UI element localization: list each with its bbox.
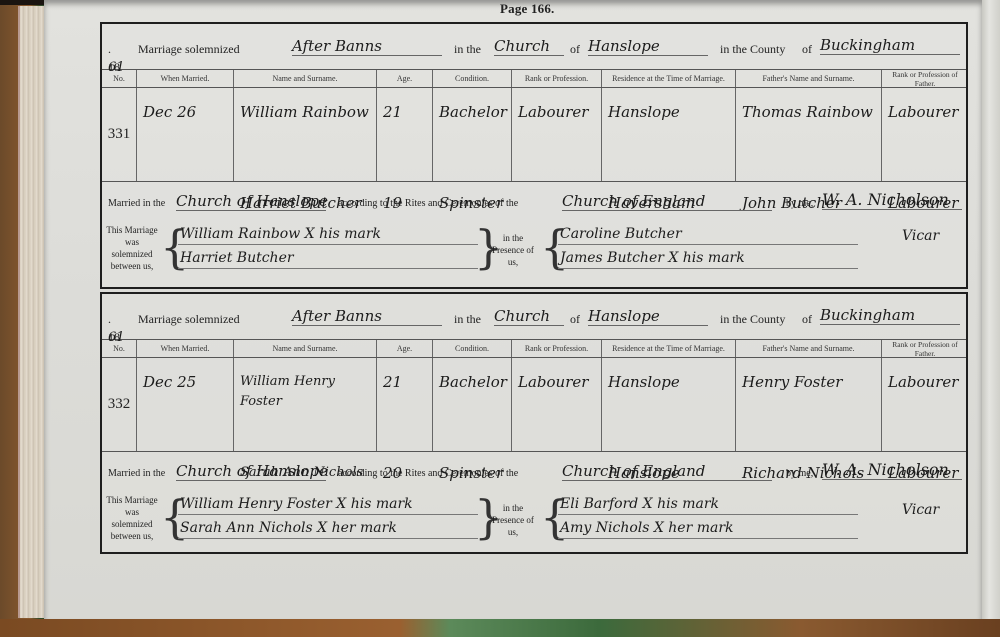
witness-signature-1: Caroline Butcher <box>560 226 682 242</box>
father-ranks: LabourerLabourer <box>882 358 968 451</box>
marriage-entry-331: 1861. Marriage solemnized After Banns in… <box>100 22 968 289</box>
father-ranks: LabourerLabourer <box>882 88 968 181</box>
married-in-line: Married in the Church of Hanslope accord… <box>102 458 966 488</box>
party-signature-1: William Henry Foster X his mark <box>180 496 413 512</box>
married-in: Church of Hanslope <box>176 462 326 481</box>
conditions: BachelorSpinster <box>433 88 512 181</box>
entry-row: 331 Dec 26 William RainbowHarriet Butche… <box>102 88 966 182</box>
married-in: Church of Hanslope <box>176 192 326 211</box>
when-married: Dec 25 <box>137 358 234 451</box>
marriage-entry-332: 1861. Marriage solemnized After Banns in… <box>100 292 968 554</box>
table-surface <box>0 619 1000 637</box>
year-label: 1861. <box>108 42 111 57</box>
officiant-title: Vicar <box>902 502 939 518</box>
residences: HanslopeHaversham <box>602 88 736 181</box>
ages: 2120 <box>377 358 433 451</box>
year-label: 1861. <box>108 312 111 327</box>
column-headers: No. When Married. Name and Surname. Age.… <box>102 70 966 88</box>
officiant-title: Vicar <box>902 228 939 244</box>
sig-line <box>558 268 858 269</box>
parish: Hanslope <box>588 307 708 326</box>
rites-of: Church of England <box>562 192 772 211</box>
entry-row: 332 Dec 25 William Henry FosterSarah Ann… <box>102 358 966 452</box>
sig-line <box>178 244 478 245</box>
sig-line <box>178 514 478 515</box>
ranks: Labourer <box>512 358 602 451</box>
conditions: BachelorSpinster <box>433 358 512 451</box>
fathers: Henry FosterRichard Nichols <box>736 358 882 451</box>
party-signature-2: Sarah Ann Nichols X her mark <box>180 520 397 536</box>
solemnized-by: After Banns <box>292 37 442 56</box>
solemnized-by: After Banns <box>292 307 442 326</box>
married-in-line: Married in the Church of Hanslope accord… <box>102 188 966 218</box>
place-type: Church <box>494 307 564 326</box>
officiant: W. A. Nicholson <box>822 190 962 210</box>
sig-line <box>178 268 478 269</box>
party-signature-2: Harriet Butcher <box>180 250 294 266</box>
column-headers: No. When Married. Name and Surname. Age.… <box>102 340 966 358</box>
signatures-block: This Marriage was solemnized between us,… <box>102 490 966 552</box>
county: Buckingham <box>820 306 960 325</box>
county: Buckingham <box>820 36 960 55</box>
parish: Hanslope <box>588 37 708 56</box>
place-type: Church <box>494 37 564 56</box>
witness-signature-2: Amy Nichols X her mark <box>560 520 734 536</box>
sig-line <box>558 514 858 515</box>
sig-line <box>178 538 478 539</box>
solemnized-label: Marriage solemnized <box>138 42 240 57</box>
facing-page-edge <box>982 0 1000 620</box>
names: William Henry FosterSarah Ann Nichols <box>234 358 377 451</box>
fathers: Thomas RainbowJohn Butcher <box>736 88 882 181</box>
page-number: Page 166. <box>500 1 555 17</box>
when-married: Dec 26 <box>137 88 234 181</box>
officiant: W. A. Nicholson <box>822 460 962 480</box>
ranks: Labourer <box>512 88 602 181</box>
entry-header: 1861. Marriage solemnized After Banns in… <box>102 24 966 70</box>
residences: HanslopeHanslope <box>602 358 736 451</box>
witness-signature-1: Eli Barford X his mark <box>560 496 719 512</box>
rites-of: Church of England <box>562 462 772 481</box>
party-signature-1: William Rainbow X his mark <box>180 226 381 242</box>
sig-line <box>558 244 858 245</box>
solemnized-label: Marriage solemnized <box>138 312 240 327</box>
entry-number: 332 <box>102 358 137 451</box>
names: William RainbowHarriet Butcher <box>234 88 377 181</box>
entry-number: 331 <box>102 88 137 181</box>
entry-header: 1861. Marriage solemnized After Banns in… <box>102 294 966 340</box>
sig-line <box>558 538 858 539</box>
signatures-block: This Marriage was solemnized between us,… <box>102 220 966 282</box>
witness-signature-2: James Butcher X his mark <box>560 250 745 266</box>
ages: 2119 <box>377 88 433 181</box>
